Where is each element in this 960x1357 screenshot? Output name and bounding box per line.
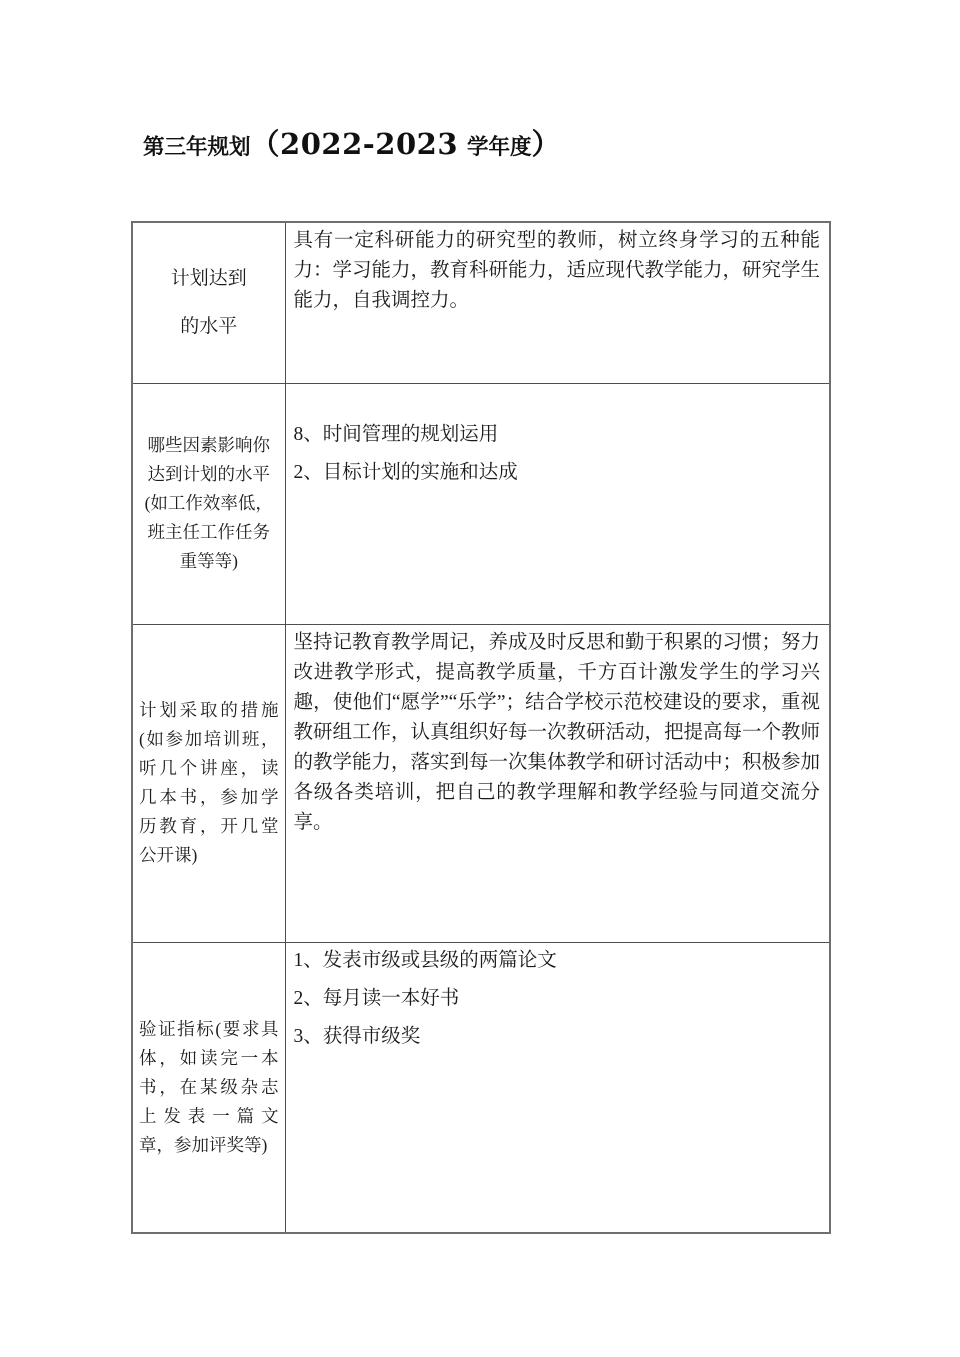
content-paragraph: 坚持记教育教学周记，养成及时反思和勤于积累的习惯；努力改进教学形式，提高教学质量… [294,628,821,838]
row-label-cell: 计划采取的措施(如参加培训班，听几个讲座，读几本书，参加学历教育，开几堂公开课) [132,624,285,942]
row-label-cell: 计划达到 的水平 [132,222,285,383]
table-row-planned-measures: 计划采取的措施(如参加培训班，听几个讲座，读几本书，参加学历教育，开几堂公开课)… [132,624,830,942]
title-text: 第三年规划 [143,135,251,159]
row-label-cell: 哪些因素影响你达到计划的水平(如工作效率低，班主任工作任务重等等) [132,383,285,624]
content-paragraph: 具有一定科研能力的研究型的教师，树立终身学习的五种能力：学习能力，教育科研能力，… [294,226,821,316]
row-content-cell: 坚持记教育教学周记，养成及时反思和勤于积累的习惯；努力改进教学形式，提高教学质量… [285,624,830,942]
title-paren-close-glyph: ） [532,127,562,161]
table-row-planned-level: 计划达到 的水平 具有一定科研能力的研究型的教师，树立终身学习的五种能力：学习能… [132,222,830,383]
plan-table: 计划达到 的水平 具有一定科研能力的研究型的教师，树立终身学习的五种能力：学习能… [131,221,831,1234]
row-content-cell: 1、发表市级或县级的两篇论文 2、每月读一本好书 3、获得市级奖 [285,942,830,1233]
page-title: 第三年规划（2022-2023学年度） [143,122,561,163]
row-label-cell: 验证指标(要求具体，如读完一本书，在某级杂志上发表一篇文章，参加评奖等) [132,942,285,1233]
content-list-item: 3、获得市级奖 [294,1022,821,1052]
document-page: 第三年规划（2022-2023学年度） 计划达到 的水平 具有一定科研能力的研究… [0,0,960,1357]
content-list-item: 1、发表市级或县级的两篇论文 [294,946,821,976]
table-row-verification-indicators: 验证指标(要求具体，如读完一本书，在某级杂志上发表一篇文章，参加评奖等) 1、发… [132,942,830,1233]
title-years: 2022-2023 [280,127,458,161]
row-label-text: 验证指标(要求具体，如读完一本书，在某级杂志上发表一篇文章，参加评奖等) [139,1019,279,1155]
row-label-line: 的水平 [139,303,279,351]
title-suffix: 学年度 [467,135,532,159]
table-row-influencing-factors: 哪些因素影响你达到计划的水平(如工作效率低，班主任工作任务重等等) 8、时间管理… [132,383,830,624]
content-list-item: 2、每月读一本好书 [294,984,821,1014]
row-label-line: 计划达到 [139,255,279,303]
content-list-item: 2、目标计划的实施和达成 [294,458,821,488]
row-content-cell: 具有一定科研能力的研究型的教师，树立终身学习的五种能力：学习能力，教育科研能力，… [285,222,830,383]
row-label-text: 哪些因素影响你达到计划的水平(如工作效率低，班主任工作任务重等等) [145,435,273,571]
row-content-cell: 8、时间管理的规划运用 2、目标计划的实施和达成 [285,383,830,624]
title-paren-open-glyph: （ [251,127,281,161]
row-label-text: 计划采取的措施(如参加培训班，听几个讲座，读几本书，参加学历教育，开几堂公开课) [139,700,279,865]
content-list-item: 8、时间管理的规划运用 [294,420,821,450]
